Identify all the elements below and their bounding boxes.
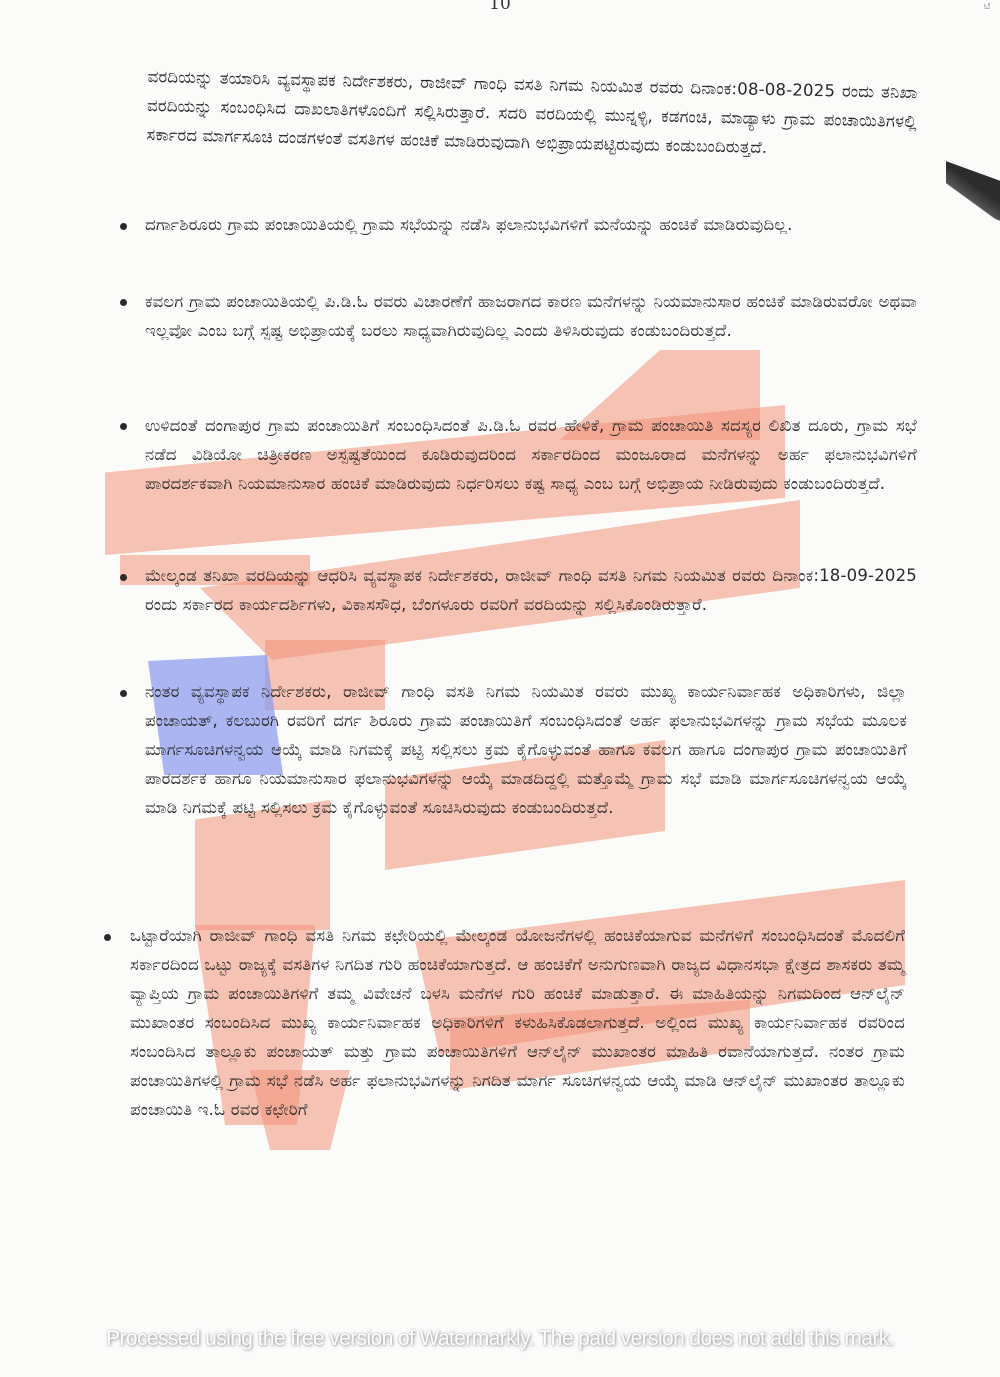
watermark-text: Processed using the free version of Wate… (0, 1327, 1000, 1351)
bullet-icon (104, 934, 111, 941)
bullet-icon (120, 690, 127, 697)
bullet-item: ನಂತರ ವ್ಯವಸ್ಥಾಪಕ ನಿರ್ದೇಶಕರು, ರಾಜೀವ್ ಗಾಂಧಿ… (145, 677, 907, 822)
bullet-item: ಉಳಿದಂತೆ ದಂಗಾಪುರ ಗ್ರಾಮ ಪಂಚಾಯಿತಿಗೆ ಸಂಬಂಧಿಸ… (145, 411, 917, 498)
bullet-icon (120, 423, 127, 430)
bullet-item: ಒಟ್ಟಾರೆಯಾಗಿ ರಾಜೀವ್ ಗಾಂಧಿ ವಸತಿ ನಿಗಮ ಕಛೇರಿ… (130, 921, 905, 1124)
intro-paragraph: ವರದಿಯನ್ನು ತಯಾರಿಸಿ ವ್ಯವಸ್ಥಾಪಕ ನಿರ್ದೇಶಕರು,… (146, 62, 918, 165)
bullet-icon (120, 574, 127, 581)
bullet-item: ಕವಲಗ ಗ್ರಾಮ ಪಂಚಾಯಿತಿಯಲ್ಲಿ ಪಿ.ಡಿ.ಓ ರವರು ವಿ… (145, 287, 917, 345)
document-body: ವರದಿಯನ್ನು ತಯಾರಿಸಿ ವ್ಯವಸ್ಥಾಪಕ ನಿರ್ದೇಶಕರು,… (0, 0, 1000, 1377)
bullet-icon (120, 223, 127, 230)
bullet-item: ಮೇಲ್ಕಂಡ ತನಿಖಾ ವರದಿಯನ್ನು ಆಧರಿಸಿ ವ್ಯವಸ್ಥಾಪ… (145, 561, 917, 619)
bullet-item: ದರ್ಗಾಶಿರೂರು ಗ್ರಾಮ ಪಂಚಾಯಿತಿಯಲ್ಲಿ ಗ್ರಾಮ ಸಭ… (145, 210, 917, 239)
bullet-icon (120, 299, 127, 306)
